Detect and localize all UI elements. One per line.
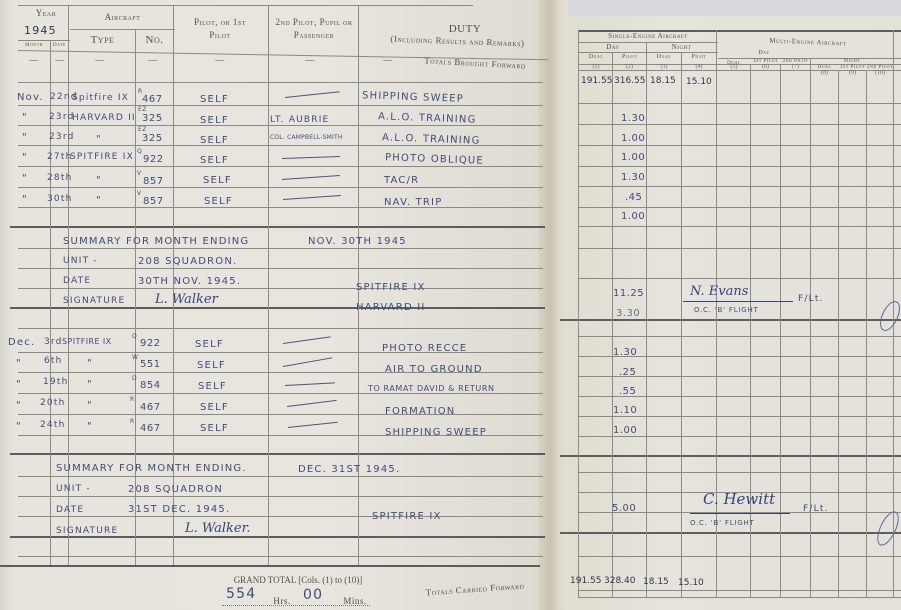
dash: — (300, 55, 320, 65)
summary-aircraft-type: Harvard II (356, 302, 426, 313)
flight-time: 1.00 (621, 152, 645, 163)
spitfire-month-total: 5.00 (612, 503, 636, 514)
entry-aircraft-type: Spitfire IX (62, 337, 112, 346)
entry-month: " (22, 152, 28, 163)
entry-month: Dec. (8, 337, 35, 348)
flight-time: 1.30 (621, 113, 645, 124)
se-day-header: Day (580, 43, 646, 51)
dash: — (378, 55, 398, 65)
entry-month: " (16, 358, 22, 369)
year-value: 1945 (24, 24, 57, 37)
entry-second-pilot: Col. Campbell-Smith (270, 134, 343, 141)
column-number: (4) (682, 64, 716, 70)
entry-aircraft-type: " (96, 175, 102, 186)
summary-date-label: Date (63, 276, 91, 286)
oc-flight-label: O.C. 'B' Flight (694, 306, 759, 314)
oc-signature-line (690, 513, 790, 514)
entry-aircraft-type: " (87, 421, 93, 432)
entry-duty: Tac/R (384, 175, 419, 186)
entry-pilot: SELF (197, 360, 226, 371)
entry-pilot: SELF (198, 381, 227, 392)
entry-aircraft-type: " (87, 400, 93, 411)
aircraft-type-header: Type (70, 34, 135, 46)
entry-aircraft-prefix: EZ (138, 126, 147, 133)
duty-header: DUTY (420, 23, 510, 35)
entry-aircraft-prefix: Q (132, 333, 137, 340)
entry-pilot: SELF (203, 175, 232, 186)
entry-aircraft-prefix: R (130, 396, 135, 403)
bf-night-pilot: 15.10 (686, 77, 712, 87)
entry-month: " (22, 194, 28, 205)
entry-month: " (22, 112, 28, 123)
oc-signature-line (683, 301, 793, 302)
entry-month: " (22, 173, 28, 184)
flight-time: .55 (619, 386, 636, 397)
dash: — (52, 55, 68, 65)
entry-date: 20th (40, 398, 66, 408)
entry-date: 23rd (49, 112, 75, 122)
entry-aircraft-type: Spitfire IX (72, 93, 129, 103)
summary-month-ending: Nov. 30th 1945 (308, 236, 407, 247)
summary-month-ending: Dec. 31st 1945. (298, 464, 400, 475)
entry-aircraft-type: " (87, 358, 93, 369)
entry-date: 28th (47, 173, 73, 183)
summary-heading: Summary For Month Ending. (56, 463, 247, 474)
cf-night-pilot: 15.10 (678, 578, 704, 588)
entry-duty: Photo Recce (382, 343, 467, 354)
summary-signature-label: Signature (63, 296, 125, 306)
summary-unit-label: Unit - (56, 484, 91, 494)
oc-signature: C. Hewitt (703, 490, 775, 508)
entry-aircraft-no: 467 (142, 94, 163, 105)
entry-pilot: SELF (200, 423, 229, 434)
entry-pilot: SELF (200, 94, 229, 105)
flight-time: .25 (619, 367, 636, 378)
oc-signature: N. Evans (690, 284, 748, 299)
summary-date-value: 30th Nov. 1945. (138, 276, 241, 287)
entry-pilot: SELF (204, 196, 233, 207)
summary-heading: Summary For Month Ending (63, 236, 249, 247)
entry-aircraft-prefix: Q (137, 148, 142, 155)
column-number: (3) (647, 64, 681, 70)
entry-date: 23rd (49, 132, 75, 142)
col1-dual-header: Dual (580, 54, 612, 60)
bf-day-pilot: 316.55 (614, 76, 646, 86)
flight-time: 1.00 (621, 211, 645, 222)
column-number: (5) (718, 64, 750, 70)
entry-aircraft-type: " (96, 195, 102, 206)
entry-pilot: SELF (200, 135, 229, 146)
date-header: Date (51, 42, 68, 48)
dash: — (143, 55, 163, 65)
summary-signature-label: Signature (56, 526, 118, 536)
year-header: Year (24, 8, 68, 18)
entry-pilot: SELF (200, 115, 229, 126)
book-spine-gutter (538, 0, 568, 610)
summary-aircraft-type: Spitfire IX (372, 511, 442, 522)
summary-unit-label: Unit - (63, 256, 98, 266)
entry-aircraft-prefix: V (137, 190, 142, 197)
entry-duty: Formation (385, 406, 455, 417)
se-night-header: Night (647, 43, 716, 51)
entry-date: 3rd (44, 337, 63, 347)
entry-aircraft-no: 467 (140, 423, 161, 434)
cf-night-dual: 18.15 (643, 577, 669, 587)
flight-time: 1.30 (613, 347, 637, 358)
dash: — (210, 55, 230, 65)
bf-night-dual: 18.15 (650, 76, 676, 86)
entry-date: 27th (47, 152, 73, 162)
entry-duty: Shipping Sweep (385, 427, 487, 438)
flight-time: 1.30 (621, 172, 645, 183)
entry-aircraft-no: 857 (143, 176, 164, 187)
cf-day-pilot: 328.40 (604, 576, 636, 586)
entry-month: Nov. (17, 92, 44, 103)
entry-aircraft-prefix: EZ (138, 106, 147, 113)
bf-day-dual: 191.55 (581, 76, 613, 86)
pilot-header: Pilot, or 1st Pilot (185, 16, 255, 42)
entry-aircraft-no: 854 (140, 380, 161, 391)
entry-aircraft-type: " (87, 379, 93, 390)
me-day-header: Day (718, 50, 810, 56)
entry-aircraft-prefix: V (137, 170, 142, 177)
grand-total-label: GRAND TOTAL [Cols. (1) to (10)] (218, 575, 378, 585)
oc-rank: F/Lt. (803, 504, 829, 514)
entry-duty: Air to Ground (385, 364, 483, 375)
column-number: (6) (751, 64, 780, 70)
grand-total-minutes: 00 (303, 587, 323, 603)
oc-flight-label: O.C. 'B' Flight (690, 519, 755, 527)
entry-pilot: SELF (200, 402, 229, 413)
summary-unit-value: 208 Squadron. (138, 256, 237, 267)
entry-aircraft-no: 325 (142, 113, 163, 124)
entry-month: " (22, 132, 28, 143)
cf-day-dual: 191.55 (570, 576, 602, 586)
entry-pilot: SELF (195, 339, 224, 350)
entry-aircraft-prefix: D (132, 375, 137, 382)
oc-rank: F/Lt. (798, 294, 824, 304)
col3-dual-header: Dual (647, 54, 681, 60)
entry-aircraft-type: Harvard II (72, 113, 136, 123)
summary-date-value: 31st Dec. 1945. (128, 504, 230, 515)
summary-date-label: Date (56, 505, 84, 515)
grand-total-hours: 554 (226, 586, 256, 602)
column-number: (9) (839, 70, 866, 76)
entry-aircraft-no: 325 (142, 133, 163, 144)
col4-pilot-header: Pilot (682, 54, 716, 60)
entry-aircraft-no: 551 (140, 359, 161, 370)
column-number: (7) (781, 64, 810, 70)
entry-month: " (16, 379, 22, 390)
flight-time: 1.00 (613, 425, 637, 436)
entry-aircraft-no: 922 (143, 154, 164, 165)
entry-duty: To Ramat David & Return (368, 384, 495, 393)
flight-time: 1.00 (621, 133, 645, 144)
entry-second-pilot: Lt. Aubrie (270, 115, 329, 125)
entry-date: 19th (43, 377, 69, 387)
dash: — (24, 55, 44, 65)
col2-pilot-header: Pilot (613, 54, 646, 60)
entry-aircraft-no: 857 (143, 196, 164, 207)
pilot-signature: L. Walker. (185, 521, 251, 536)
entry-aircraft-type: Spitfire IX (70, 152, 134, 162)
entry-aircraft-prefix: R (130, 418, 135, 425)
entry-pilot: SELF (200, 155, 229, 166)
month-header: Month (19, 42, 49, 48)
column-number: (8) (811, 70, 838, 76)
entry-date: 30th (47, 194, 73, 204)
entry-aircraft-prefix: W (132, 354, 138, 361)
entry-duty: Nav. Trip (384, 197, 442, 208)
entry-date: 6th (44, 356, 63, 366)
entry-date: 24th (40, 420, 66, 430)
column-number: (10) (867, 70, 893, 76)
spitfire-month-total: 11.25 (613, 288, 644, 299)
column-number: (2) (613, 64, 646, 70)
entry-month: " (16, 400, 22, 411)
pilot-signature: L. Walker (155, 292, 218, 307)
dash: — (90, 55, 110, 65)
entry-aircraft-no: 922 (140, 338, 161, 349)
flight-time: 1.10 (613, 405, 637, 416)
column-number: (1) (580, 64, 612, 70)
summary-aircraft-type: Spitfire IX (356, 282, 426, 293)
entry-aircraft-type: " (96, 134, 102, 145)
harvard-month-total: 3.30 (616, 308, 640, 319)
aircraft-header: Aircraft (70, 12, 175, 22)
grand-total-dotted-line (222, 605, 370, 606)
second-pilot-header: 2nd Pilot, Pupil or Passenger (270, 16, 358, 42)
summary-unit-value: 208 Squadron (128, 484, 223, 495)
single-engine-header: Single-Engine Aircraft (580, 32, 716, 40)
aircraft-no-header: No. (136, 34, 173, 46)
entry-aircraft-no: 467 (140, 402, 161, 413)
entry-month: " (16, 421, 22, 432)
flight-time: .45 (625, 192, 642, 203)
